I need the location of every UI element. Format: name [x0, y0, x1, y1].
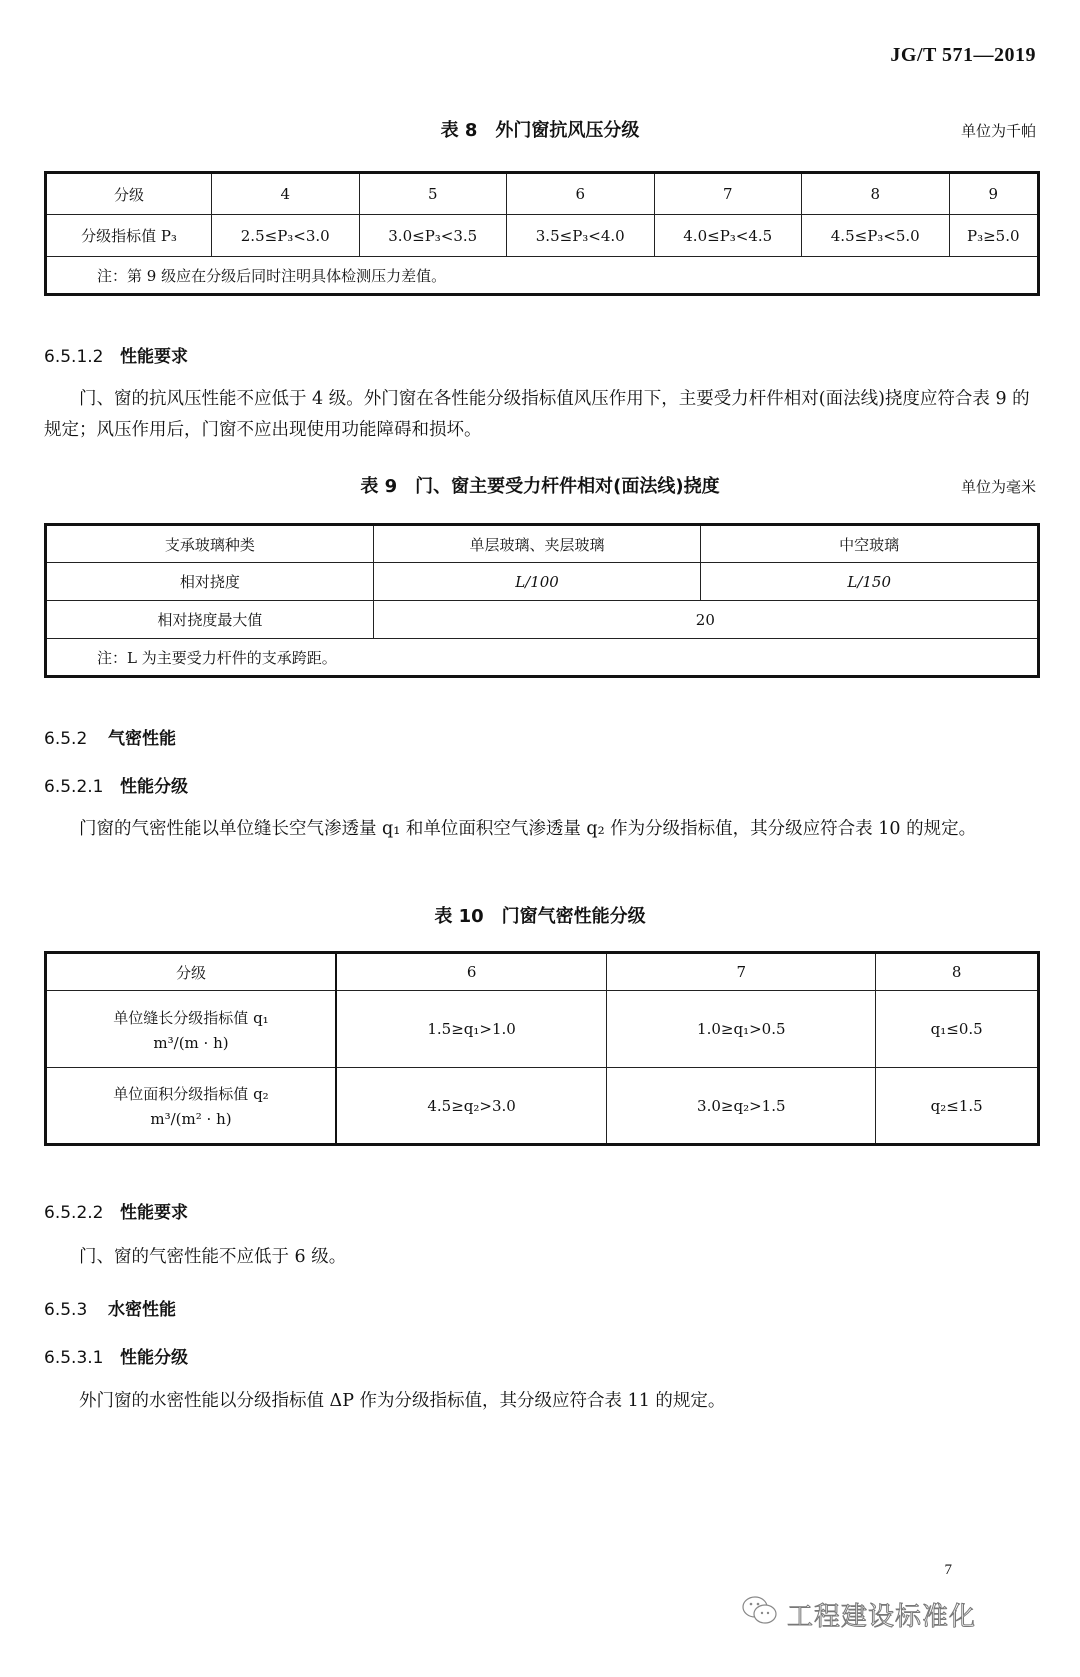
row-label-unit: m³/(m · h) — [47, 1034, 335, 1052]
table8: 分级 4 5 6 7 8 9 分级指标值 P₃ 2.5≤P₃<3.0 3.0≤P… — [44, 171, 1040, 296]
section-6-5-2: 6.5.2气密性能 — [44, 724, 176, 749]
paragraph: 门窗的气密性能以单位缝长空气渗透量 q₁ 和单位面积空气渗透量 q₂ 作为分级指… — [44, 814, 1040, 845]
table8-value: 4.0≤P₃<4.5 — [654, 215, 802, 257]
section-number: 6.5.3.1 — [44, 1348, 106, 1368]
table9-cell: 20 — [373, 601, 1038, 639]
wechat-icon — [741, 1595, 779, 1634]
paragraph: 外门窗的水密性能以分级指标值 ΔP 作为分级指标值，其分级应符合表 11 的规定… — [44, 1386, 1040, 1417]
table8-value: 3.5≤P₃<4.0 — [507, 215, 655, 257]
paragraph: 门、窗的抗风压性能不应低于 4 级。外门窗在各性能分级指标值风压作用下，主要受力… — [44, 384, 1040, 446]
watermark: 工程建设标准化 — [741, 1595, 976, 1634]
table9-row-label: 相对挠度 — [46, 563, 374, 601]
table9-unit: 单位为毫米 — [961, 476, 1036, 497]
section-title: 性能分级 — [120, 1348, 188, 1368]
section-6-5-2-1: 6.5.2.1性能分级 — [44, 772, 188, 797]
table8-value: 2.5≤P₃<3.0 — [212, 215, 360, 257]
row-label-text: 单位缝长分级指标值 q₁ — [47, 1007, 335, 1028]
table8-grade: 9 — [949, 173, 1039, 215]
table8-head-label: 分级 — [46, 173, 212, 215]
table10-head-label: 分级 — [46, 953, 337, 991]
table10-cell: q₂≤1.5 — [876, 1068, 1039, 1145]
section-title: 性能要求 — [120, 1203, 188, 1223]
section-6-5-3: 6.5.3水密性能 — [44, 1295, 176, 1320]
table9-note: 注：L 为主要受力杆件的支承跨距。 — [46, 639, 1039, 677]
table10-row-label: 单位缝长分级指标值 q₁ m³/(m · h) — [46, 991, 337, 1068]
table10-grade: 7 — [607, 953, 876, 991]
section-6-5-1-2: 6.5.1.2性能要求 — [44, 342, 188, 367]
paragraph: 门、窗的气密性能不应低于 6 级。 — [44, 1242, 1040, 1273]
table8-grade: 7 — [654, 173, 802, 215]
section-6-5-2-2: 6.5.2.2性能要求 — [44, 1198, 188, 1223]
table9-cell: L/150 — [701, 563, 1039, 601]
table9-header: 中空玻璃 — [701, 525, 1039, 563]
table8-value: P₃≥5.0 — [949, 215, 1039, 257]
table10-cell: 1.5≥q₁>1.0 — [336, 991, 607, 1068]
table8-caption: 表 8 外门窗抗风压分级 — [0, 116, 1080, 142]
section-number: 6.5.3 — [44, 1300, 94, 1320]
section-title: 性能分级 — [120, 777, 188, 797]
table10: 分级 6 7 8 单位缝长分级指标值 q₁ m³/(m · h) 1.5≥q₁>… — [44, 951, 1040, 1146]
table9-header: 单层玻璃、夹层玻璃 — [373, 525, 701, 563]
table9-header: 支承玻璃种类 — [46, 525, 374, 563]
section-title: 气密性能 — [108, 729, 176, 749]
table8-note: 注：第 9 级应在分级后同时注明具体检测压力差值。 — [46, 257, 1039, 295]
table8-grade: 6 — [507, 173, 655, 215]
table8-unit: 单位为千帕 — [961, 120, 1036, 141]
table10-grade: 6 — [336, 953, 607, 991]
table9-caption: 表 9 门、窗主要受力杆件相对(面法线)挠度 — [0, 472, 1080, 498]
section-title: 性能要求 — [120, 347, 188, 367]
table9: 支承玻璃种类 单层玻璃、夹层玻璃 中空玻璃 相对挠度 L/100 L/150 相… — [44, 523, 1040, 678]
table10-cell: 4.5≥q₂>3.0 — [336, 1068, 607, 1145]
section-number: 6.5.2.2 — [44, 1203, 106, 1223]
section-number: 6.5.2.1 — [44, 777, 106, 797]
row-label-unit: m³/(m² · h) — [47, 1110, 335, 1128]
section-title: 水密性能 — [108, 1300, 176, 1320]
table8-row-label: 分级指标值 P₃ — [46, 215, 212, 257]
page-number: 7 — [945, 1562, 953, 1579]
table9-cell: L/100 — [373, 563, 701, 601]
table8-grade: 4 — [212, 173, 360, 215]
table10-caption: 表 10 门窗气密性能分级 — [0, 902, 1080, 928]
section-number: 6.5.1.2 — [44, 347, 106, 367]
watermark-text: 工程建设标准化 — [787, 1596, 976, 1633]
table10-cell: q₁≤0.5 — [876, 991, 1039, 1068]
table8-grade: 5 — [359, 173, 507, 215]
table8-grade: 8 — [802, 173, 950, 215]
row-label-text: 单位面积分级指标值 q₂ — [47, 1083, 335, 1104]
section-number: 6.5.2 — [44, 729, 94, 749]
section-6-5-3-1: 6.5.3.1性能分级 — [44, 1343, 188, 1368]
table9-row-label: 相对挠度最大值 — [46, 601, 374, 639]
table10-grade: 8 — [876, 953, 1039, 991]
document-id: JG/T 571—2019 — [890, 44, 1036, 67]
table10-cell: 3.0≥q₂>1.5 — [607, 1068, 876, 1145]
table8-value: 4.5≤P₃<5.0 — [802, 215, 950, 257]
table10-row-label: 单位面积分级指标值 q₂ m³/(m² · h) — [46, 1068, 337, 1145]
table8-value: 3.0≤P₃<3.5 — [359, 215, 507, 257]
table10-cell: 1.0≥q₁>0.5 — [607, 991, 876, 1068]
